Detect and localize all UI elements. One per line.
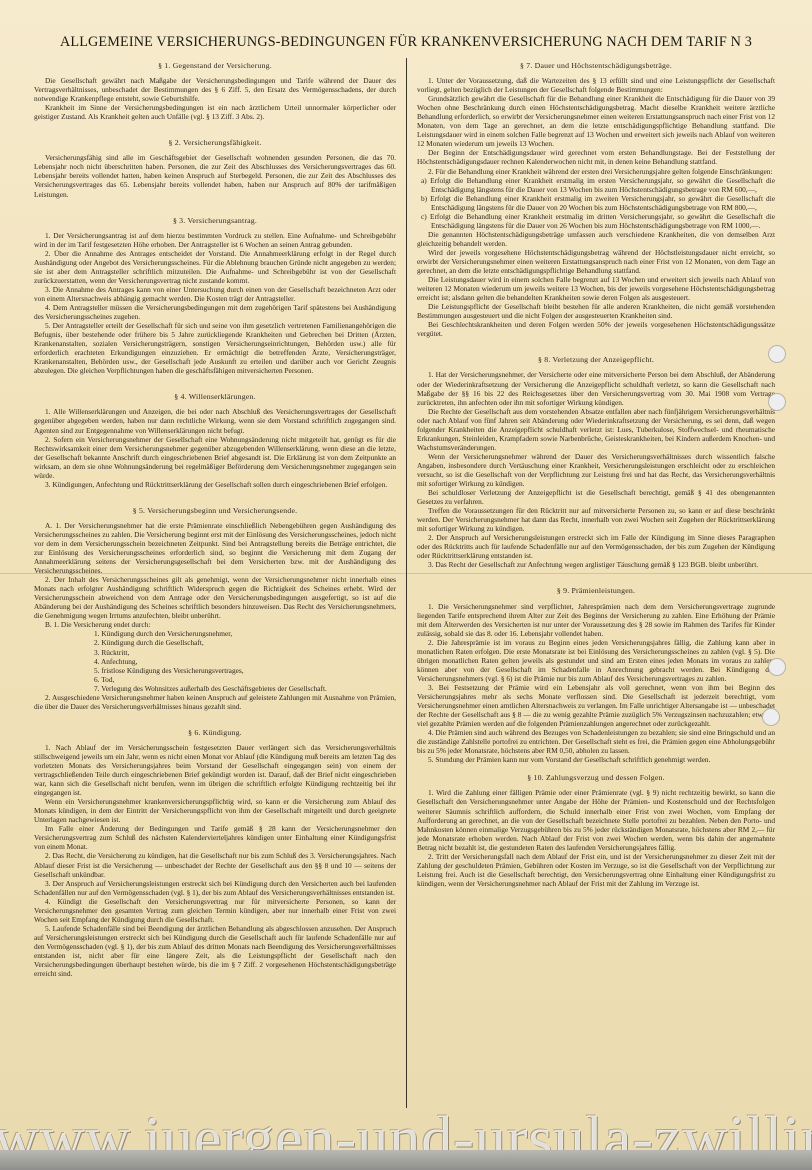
section-title: § 6. Kündigung. [34,728,396,737]
section-title: § 5. Versicherungsbeginn und Versicherun… [34,506,396,515]
section-8: § 8. Verletzung der Anzeigepflicht. 1. H… [417,355,775,569]
paragraph: Der Beginn der Entschädigungsdauer wird … [417,148,775,166]
paragraph: 1. Alle Willenserklärungen und Anzeigen,… [34,407,396,434]
paragraph: Die Gesellschaft gewährt nach Maßgabe de… [34,76,396,103]
paragraph: 3. Kündigungen, Anfechtung und Rücktritt… [34,480,396,489]
paragraph: 2. Die Jahresprämie ist im voraus zu Beg… [417,638,775,683]
list-item: 1. Kündigung durch den Versicherungsnehm… [94,629,396,638]
paragraph: 4. Kündigt die Gesellschaft den Versiche… [34,897,396,924]
section-7: § 7. Dauer und Höchstentschädigungsbeträ… [417,61,775,338]
paragraph: Die Leistungspflicht der Gesellschaft bl… [417,302,775,320]
left-column: § 1. Gegenstand der Versicherung. Die Ge… [34,58,396,978]
paragraph: 1. Hat der Versicherungsnehmer, der Vers… [417,370,775,406]
paragraph: 2. Das Recht, die Versicherung zu kündig… [34,851,396,878]
paragraph: 5. Laufende Schadenfälle sind bei Beendi… [34,924,396,978]
paragraph: 2. Ausgeschiedene Versicherungsnehmer ha… [34,693,396,711]
document-page: ALLGEMEINE VERSICHERUNGS-BEDINGUNGEN FÜR… [0,0,812,1150]
right-column: § 7. Dauer und Höchstentschädigungsbeträ… [417,58,775,888]
paragraph: Die Leistungsdauer wird in einem solchen… [417,275,775,302]
list-item: 4. Anfechtung, [94,657,396,666]
column-divider [406,58,407,1108]
list-item: 7. Verlegung des Wohnsitzes außerhalb de… [94,684,396,693]
paragraph: 1. Wird die Zahlung einer fälligen Prämi… [417,788,775,851]
section-title: § 2. Versicherungsfähigkeit. [34,138,396,147]
paragraph: Wenn der Versicherungsnehmer während der… [417,452,775,488]
paragraph: 2. Tritt der Versicherungsfall nach dem … [417,852,775,888]
paragraph: Treffen die Voraussetzungen für den Rück… [417,506,775,533]
section-title: § 7. Dauer und Höchstentschädigungsbeträ… [417,61,775,70]
paragraph: 2. Der Anspruch auf Versicherungsleistun… [417,533,775,560]
section-10: § 10. Zahlungsverzug und dessen Folgen. … [417,773,775,888]
termination-list: 1. Kündigung durch den Versicherungsnehm… [34,629,396,692]
paragraph: 1. Nach Ablauf der im Versicherungsschei… [34,743,396,797]
section-title: § 1. Gegenstand der Versicherung. [34,61,396,70]
paragraph: Im Falle einer Änderung der Bedingungen … [34,824,396,851]
paragraph: 2. Für die Behandlung einer Krankheit wä… [417,167,775,176]
paragraph: 3. Das Recht der Gesellschaft zur Anfech… [417,560,775,569]
restriction-item: b) Erfolgt die Behandlung einer Krankhei… [417,194,775,212]
section-6: § 6. Kündigung. 1. Nach Ablauf der im Ve… [34,728,396,978]
section-title: § 8. Verletzung der Anzeigepflicht. [417,355,775,364]
paragraph: 2. Über die Annahme des Antrages entsche… [34,249,396,285]
document-title: ALLGEMEINE VERSICHERUNGS-BEDINGUNGEN FÜR… [0,34,812,51]
scan-background-edge [0,1150,812,1170]
section-5: § 5. Versicherungsbeginn und Versicherun… [34,506,396,711]
paragraph: Die Rechte der Gesellschaft aus dem vors… [417,407,775,452]
paragraph: Die genannten Höchstentschädigungsbeträg… [417,230,775,248]
punch-hole [768,345,786,363]
section-title: § 3. Versicherungsantrag. [34,216,396,225]
section-4: § 4. Willenserklärungen. 1. Alle Willens… [34,392,396,488]
paragraph: Wird der jeweils vorgesehene Höchstentsc… [417,248,775,275]
paragraph: B. 1. Die Versicherung endet durch: [34,620,396,629]
paragraph: 4. Dem Antragsteller müssen die Versiche… [34,303,396,321]
section-2: § 2. Versicherungsfähigkeit. Versicherun… [34,138,396,198]
paragraph: Wenn ein Versicherungsnehmer krankenvers… [34,797,396,824]
paragraph: 3. Die Annahme des Antrages kann von ein… [34,285,396,303]
section-3: § 3. Versicherungsantrag. 1. Der Versich… [34,216,396,376]
section-title: § 4. Willenserklärungen. [34,392,396,401]
paragraph: A. 1. Der Versicherungsnehmer hat die er… [34,521,396,575]
restriction-item: c) Erfolgt die Behandlung einer Krankhei… [417,212,775,230]
paragraph: 2. Sofern ein Versicherungsnehmer der Ge… [34,435,396,480]
list-item: 5. fristlose Kündigung des Versicherungs… [94,666,396,675]
paragraph: 1. Der Versicherungsantrag ist auf dem h… [34,231,396,249]
paragraph: 1. Unter der Voraussetzung, daß die Wart… [417,76,775,94]
section-title: § 9. Prämienleistungen. [417,586,775,595]
paragraph: Bei Geschlechtskrankheiten und deren Fol… [417,320,775,338]
section-title: § 10. Zahlungsverzug und dessen Folgen. [417,773,775,782]
list-item: 6. Tod, [94,675,396,684]
paragraph: Krankheit im Sinne der Versicherungsbedi… [34,103,396,121]
list-item: 3. Rücktritt, [94,648,396,657]
list-item: 2. Kündigung durch die Gesellschaft, [94,638,396,647]
punch-hole [768,393,786,411]
paragraph: 3. Der Anspruch auf Versicherungsleistun… [34,879,396,897]
section-1: § 1. Gegenstand der Versicherung. Die Ge… [34,61,396,121]
paragraph: 5. Stundung der Prämien kann nur vom Vor… [417,755,775,764]
paragraph: Bei schuldloser Verletzung der Anzeigepf… [417,488,775,506]
punch-hole [762,708,780,726]
paragraph: 2. Der Inhalt des Versicherungsscheines … [34,575,396,620]
paragraph: 4. Die Prämien sind auch während des Bez… [417,728,775,755]
paragraph: 3. Bei Festsetzung der Prämie wird ein L… [417,683,775,728]
section-9: § 9. Prämienleistungen. 1. Die Versicher… [417,586,775,764]
punch-hole [768,658,786,676]
paragraph: Grundsätzlich gewährt die Gesellschaft f… [417,94,775,148]
paragraph: 1. Die Versicherungsnehmer sind verpflic… [417,602,775,638]
restriction-item: a) Erfolgt die Behandlung einer Krankhei… [417,176,775,194]
paragraph: 5. Der Antragsteller erteilt der Gesells… [34,321,396,375]
paragraph: Versicherungsfähig sind alle im Geschäft… [34,153,396,198]
